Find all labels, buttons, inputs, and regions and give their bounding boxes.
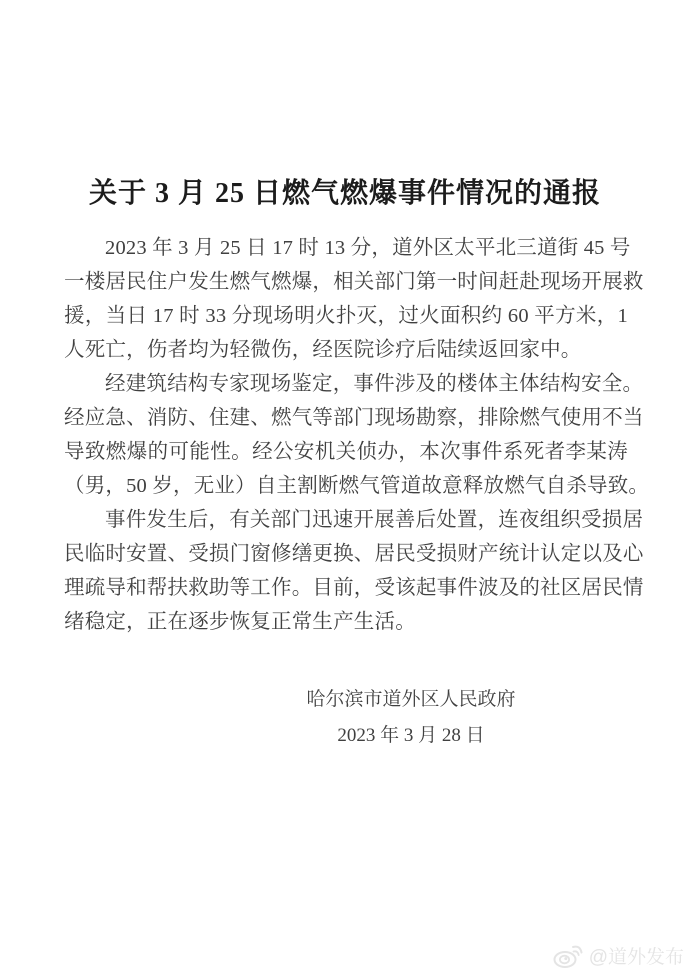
- signature-block: 哈尔滨市道外区人民政府 2023 年 3 月 28 日: [295, 682, 527, 754]
- body-line: 导致燃爆的可能性。经公安机关侦办，本次事件系死者李某涛: [64, 435, 628, 469]
- signature-date: 2023 年 3 月 28 日: [295, 718, 527, 754]
- body-line: 2023 年 3 月 25 日 17 时 13 分，道外区太平北三道街 45 号: [64, 231, 628, 265]
- signature-issuer: 哈尔滨市道外区人民政府: [295, 682, 527, 718]
- body-line: 人死亡，伤者均为轻微伤，经医院诊疗后陆续返回家中。: [64, 333, 628, 367]
- body-line: 事件发生后，有关部门迅速开展善后处置，连夜组织受损居: [64, 503, 628, 537]
- weibo-icon: [552, 942, 586, 969]
- paragraph-1: 2023 年 3 月 25 日 17 时 13 分，道外区太平北三道街 45 号…: [64, 231, 628, 367]
- watermark: @道外发布: [552, 942, 684, 969]
- body-line: 经应急、消防、住建、燃气等部门现场勘察，排除燃气使用不当: [64, 401, 628, 435]
- watermark-handle: @道外发布: [589, 942, 684, 969]
- document-title: 关于 3 月 25 日燃气燃爆事件情况的通报: [0, 171, 690, 211]
- body-line: 援，当日 17 时 33 分现场明火扑灭，过火面积约 60 平方米，1: [64, 299, 628, 333]
- body-line: 一楼居民住户发生燃气燃爆，相关部门第一时间赶赴现场开展救: [64, 265, 628, 299]
- body-line: 民临时安置、受损门窗修缮更换、居民受损财产统计认定以及心: [64, 537, 628, 571]
- document-body: 2023 年 3 月 25 日 17 时 13 分，道外区太平北三道街 45 号…: [64, 231, 628, 639]
- paragraph-2: 经建筑结构专家现场鉴定，事件涉及的楼体主体结构安全。 经应急、消防、住建、燃气等…: [64, 367, 628, 503]
- body-line: 经建筑结构专家现场鉴定，事件涉及的楼体主体结构安全。: [64, 367, 628, 401]
- paragraph-3: 事件发生后，有关部门迅速开展善后处置，连夜组织受损居 民临时安置、受损门窗修缮更…: [64, 503, 628, 639]
- document-page: 关于 3 月 25 日燃气燃爆事件情况的通报 2023 年 3 月 25 日 1…: [0, 0, 690, 976]
- body-line: 绪稳定，正在逐步恢复正常生产生活。: [64, 605, 628, 639]
- body-line: （男，50 岁，无业）自主割断燃气管道故意释放燃气自杀导致。: [64, 469, 628, 503]
- body-line: 理疏导和帮扶救助等工作。目前，受该起事件波及的社区居民情: [64, 571, 628, 605]
